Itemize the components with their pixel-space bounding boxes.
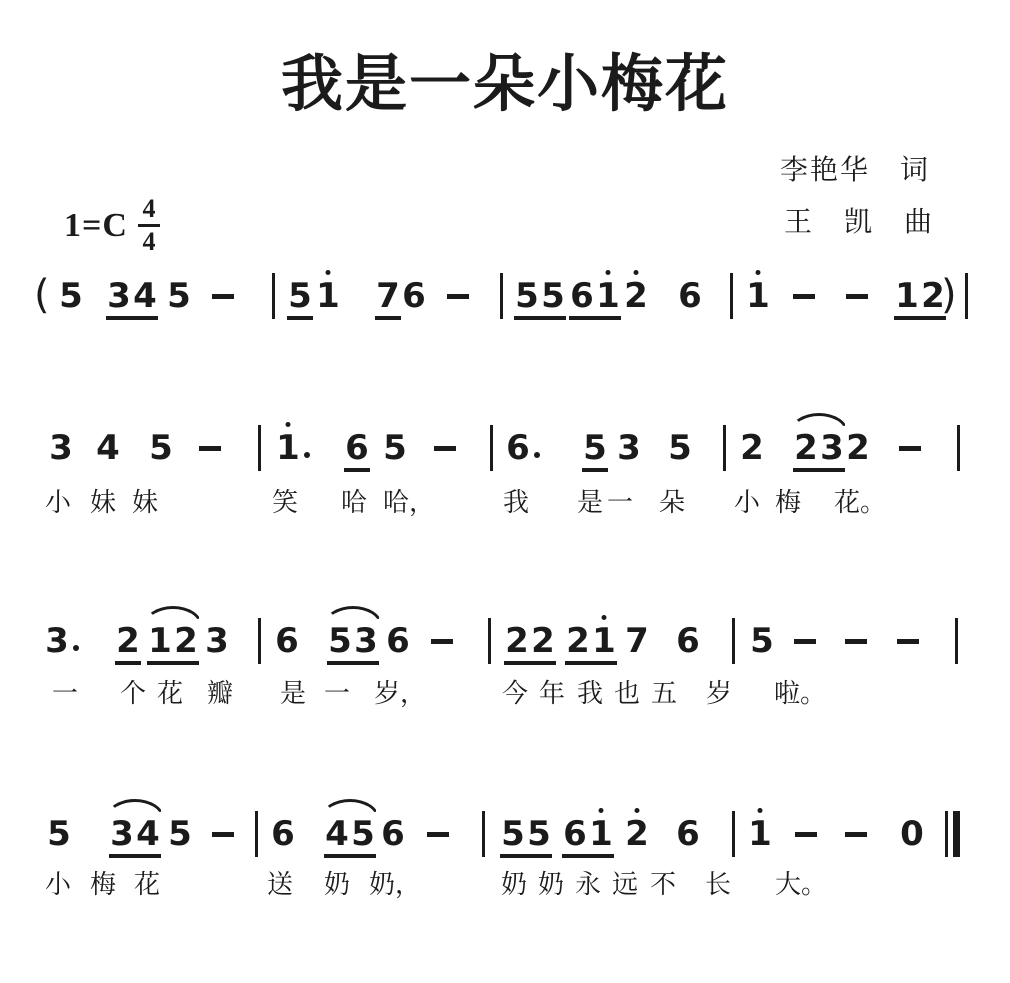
barline bbox=[490, 425, 493, 471]
note: 3 bbox=[48, 430, 74, 466]
note: 1 bbox=[591, 623, 617, 659]
composer-credit: 王 凯 曲 bbox=[784, 200, 934, 240]
lyric-syllable: 岁， bbox=[374, 679, 426, 709]
octave-dot bbox=[758, 808, 763, 813]
note-group: 1 bbox=[315, 278, 341, 314]
lyric-syllable: 我 bbox=[577, 679, 603, 709]
music-line-1: (53455176556126112) bbox=[0, 278, 1010, 324]
note: 1 bbox=[147, 623, 173, 659]
note-group: 22 bbox=[504, 623, 556, 665]
note: 5 bbox=[327, 623, 353, 659]
note: 5 bbox=[350, 816, 376, 852]
note-group: 4 bbox=[95, 430, 121, 466]
lyric-syllable: 送 bbox=[267, 870, 293, 900]
lyric-syllable: 妹 bbox=[132, 488, 158, 518]
note-group: 5 bbox=[166, 278, 192, 314]
barline bbox=[955, 618, 958, 664]
lyric-syllable: 远 bbox=[612, 870, 638, 900]
octave-dot bbox=[756, 270, 761, 275]
note: 2 bbox=[530, 623, 556, 659]
note: 5 bbox=[58, 278, 84, 314]
parenthesis: ( bbox=[34, 275, 50, 315]
note: 2 bbox=[624, 816, 650, 852]
octave-dot bbox=[599, 808, 604, 813]
note-group: 55 bbox=[514, 278, 566, 320]
note: 4 bbox=[135, 816, 161, 852]
lyric-syllable: 奶 bbox=[538, 870, 564, 900]
note-group: 5 bbox=[749, 623, 775, 659]
lyric-syllable: 小 bbox=[45, 870, 71, 900]
duration-dash bbox=[434, 446, 456, 451]
lyric-syllable: 一 bbox=[607, 488, 633, 518]
duration-dash bbox=[212, 832, 234, 837]
note: 1 bbox=[588, 816, 614, 852]
key-text: 1=C bbox=[64, 207, 128, 245]
duration-dash bbox=[845, 639, 867, 644]
lyric-syllable: 一 bbox=[52, 679, 78, 709]
lyric-syllable: 永 bbox=[575, 870, 601, 900]
lyric-syllable: 梅 bbox=[90, 870, 116, 900]
lyric-syllable: 岁 bbox=[706, 679, 732, 709]
note-group: 6 bbox=[380, 816, 406, 852]
note-group: 5 bbox=[287, 278, 313, 320]
note-group: 0 bbox=[899, 816, 925, 852]
lyric-syllable: 妹 bbox=[90, 488, 116, 518]
lyric-syllable: 花 bbox=[157, 679, 183, 709]
note: 6 bbox=[677, 278, 703, 314]
note: 6 bbox=[401, 278, 427, 314]
octave-dot bbox=[606, 270, 611, 275]
note: 6 bbox=[675, 623, 701, 659]
key-signature: 1=C 4 4 bbox=[64, 196, 160, 255]
note-group: 7 bbox=[624, 623, 650, 659]
note-group: 6 bbox=[505, 430, 531, 466]
note-group: 6 bbox=[675, 623, 701, 659]
note: 4 bbox=[132, 278, 158, 314]
lyric-syllable: 五 bbox=[651, 679, 677, 709]
note-group: 6 bbox=[677, 278, 703, 314]
song-title: 我是一朵小梅花 bbox=[0, 34, 1010, 123]
barline bbox=[957, 425, 960, 471]
note-group: 5 bbox=[382, 430, 408, 466]
octave-dot bbox=[635, 808, 640, 813]
lyric-line-2: 一个花瓣是一岁，今年我也五岁啦。 bbox=[0, 679, 1010, 711]
lyric-syllable: 啦。 bbox=[774, 679, 826, 709]
barline bbox=[255, 811, 258, 857]
note: 5 bbox=[526, 816, 552, 852]
barline bbox=[730, 273, 733, 319]
note: 7 bbox=[375, 278, 401, 314]
octave-dot bbox=[286, 422, 291, 427]
lyricist-credit: 李艳华 词 bbox=[780, 148, 930, 188]
barline bbox=[732, 811, 735, 857]
note: 2 bbox=[739, 430, 765, 466]
barline bbox=[500, 273, 503, 319]
note-group: 6 bbox=[675, 816, 701, 852]
barline bbox=[723, 425, 726, 471]
note-group: 3 bbox=[48, 430, 74, 466]
note: 3 bbox=[204, 623, 230, 659]
duration-dash bbox=[846, 294, 868, 299]
octave-dot bbox=[602, 615, 607, 620]
note: 2 bbox=[623, 278, 649, 314]
note: 5 bbox=[667, 430, 693, 466]
duration-dash bbox=[793, 294, 815, 299]
lyric-syllable: 花。 bbox=[834, 488, 886, 518]
lyric-syllable: 是 bbox=[280, 679, 306, 709]
lyric-syllable: 花 bbox=[134, 870, 160, 900]
note: 5 bbox=[287, 278, 313, 314]
lyric-syllable: 哈 bbox=[341, 488, 367, 518]
lyric-syllable: 大。 bbox=[775, 870, 827, 900]
note: 1 bbox=[745, 278, 771, 314]
barline bbox=[258, 618, 261, 664]
note-group: 2 bbox=[845, 430, 871, 466]
augmentation-dot bbox=[73, 645, 79, 651]
note: 2 bbox=[793, 430, 819, 466]
augmentation-dot bbox=[304, 452, 310, 458]
lyric-syllable: 是 bbox=[577, 488, 603, 518]
note: 5 bbox=[540, 278, 566, 314]
note: 3 bbox=[353, 623, 379, 659]
note: 6 bbox=[562, 816, 588, 852]
note: 6 bbox=[380, 816, 406, 852]
note: 4 bbox=[324, 816, 350, 852]
note-group: 23 bbox=[793, 430, 845, 472]
note: 5 bbox=[167, 816, 193, 852]
duration-dash bbox=[795, 832, 817, 837]
parenthesis: ) bbox=[941, 275, 957, 315]
lyric-syllable: 奶 bbox=[501, 870, 527, 900]
note: 0 bbox=[899, 816, 925, 852]
duration-dash bbox=[447, 294, 469, 299]
duration-dash bbox=[431, 639, 453, 644]
note: 4 bbox=[95, 430, 121, 466]
note-group: 61 bbox=[569, 278, 621, 320]
octave-dot bbox=[326, 270, 331, 275]
note: 3 bbox=[616, 430, 642, 466]
lyric-syllable: 今 bbox=[502, 679, 528, 709]
octave-dot bbox=[634, 270, 639, 275]
barline bbox=[732, 618, 735, 664]
lyric-line-1: 小妹妹笑哈哈，我是一朵小梅花。 bbox=[0, 488, 1010, 520]
duration-dash bbox=[212, 294, 234, 299]
note-group: 55 bbox=[500, 816, 552, 858]
barline bbox=[482, 811, 485, 857]
duration-dash bbox=[897, 639, 919, 644]
note-group: 1 bbox=[275, 430, 301, 466]
note: 3 bbox=[819, 430, 845, 466]
sheet-music-page: 我是一朵小梅花 李艳华 词 王 凯 曲 1=C 4 4 (53455176556… bbox=[0, 0, 1010, 983]
note-group: 6 bbox=[274, 623, 300, 659]
augmentation-dot bbox=[534, 452, 540, 458]
lyric-syllable: 笑 bbox=[272, 488, 298, 518]
note: 1 bbox=[747, 816, 773, 852]
note: 3 bbox=[106, 278, 132, 314]
note-group: 34 bbox=[109, 816, 161, 858]
music-line-3: 3212365362221765 bbox=[0, 623, 1010, 669]
duration-dash bbox=[427, 832, 449, 837]
note-group: 5 bbox=[167, 816, 193, 852]
duration-dash bbox=[845, 832, 867, 837]
barline bbox=[488, 618, 491, 664]
note: 1 bbox=[595, 278, 621, 314]
note: 1 bbox=[315, 278, 341, 314]
music-line-4: 5345645655612610 bbox=[0, 816, 1010, 862]
lyric-syllable: 也 bbox=[614, 679, 640, 709]
lyric-syllable: 长 bbox=[705, 870, 731, 900]
note: 2 bbox=[565, 623, 591, 659]
note-group: 5 bbox=[148, 430, 174, 466]
lyric-syllable: 奶 bbox=[324, 870, 350, 900]
note-group: 34 bbox=[106, 278, 158, 320]
note: 1 bbox=[894, 278, 920, 314]
note-group: 1 bbox=[747, 816, 773, 852]
note-group: 45 bbox=[324, 816, 376, 858]
note-group: 3 bbox=[44, 623, 70, 659]
final-barline bbox=[945, 811, 960, 857]
note-group: 5 bbox=[667, 430, 693, 466]
note: 2 bbox=[173, 623, 199, 659]
note-group: 61 bbox=[562, 816, 614, 858]
note: 5 bbox=[166, 278, 192, 314]
note: 5 bbox=[148, 430, 174, 466]
note-group: 12 bbox=[894, 278, 946, 320]
note-group: 2 bbox=[624, 816, 650, 852]
lyric-syllable: 不 bbox=[650, 870, 676, 900]
note: 2 bbox=[845, 430, 871, 466]
note-group: 3 bbox=[616, 430, 642, 466]
note: 5 bbox=[749, 623, 775, 659]
note-group: 2 bbox=[739, 430, 765, 466]
note: 6 bbox=[274, 623, 300, 659]
barline bbox=[272, 273, 275, 319]
note-group: 2 bbox=[623, 278, 649, 314]
note-group: 6 bbox=[344, 430, 370, 472]
lyric-syllable: 年 bbox=[539, 679, 565, 709]
note: 6 bbox=[270, 816, 296, 852]
lyric-syllable: 我 bbox=[503, 488, 529, 518]
note-group: 7 bbox=[375, 278, 401, 320]
lyric-syllable: 个 bbox=[120, 679, 146, 709]
meter-denominator: 4 bbox=[142, 229, 155, 255]
note-group: 53 bbox=[327, 623, 379, 665]
note: 1 bbox=[275, 430, 301, 466]
note-group: 1 bbox=[745, 278, 771, 314]
lyric-syllable: 小 bbox=[734, 488, 760, 518]
lyric-syllable: 朵 bbox=[659, 488, 685, 518]
lyric-syllable: 瓣 bbox=[207, 679, 233, 709]
note-group: 2 bbox=[115, 623, 141, 665]
note-group: 6 bbox=[270, 816, 296, 852]
note: 5 bbox=[514, 278, 540, 314]
lyric-syllable: 小 bbox=[45, 488, 71, 518]
note: 6 bbox=[505, 430, 531, 466]
lyric-syllable: 哈， bbox=[383, 488, 435, 518]
note: 2 bbox=[115, 623, 141, 659]
duration-dash bbox=[899, 446, 921, 451]
note: 6 bbox=[385, 623, 411, 659]
note: 6 bbox=[344, 430, 370, 466]
note: 5 bbox=[500, 816, 526, 852]
lyric-syllable: 一 bbox=[324, 679, 350, 709]
time-signature: 4 4 bbox=[138, 196, 160, 255]
note: 5 bbox=[382, 430, 408, 466]
note-group: 6 bbox=[401, 278, 427, 314]
note-group: 12 bbox=[147, 623, 199, 665]
note: 2 bbox=[504, 623, 530, 659]
note-group: 6 bbox=[385, 623, 411, 659]
meter-numerator: 4 bbox=[142, 196, 155, 222]
note-group: 21 bbox=[565, 623, 617, 665]
note: 3 bbox=[44, 623, 70, 659]
note: 6 bbox=[675, 816, 701, 852]
note: 5 bbox=[46, 816, 72, 852]
barline bbox=[965, 273, 968, 319]
lyric-syllable: 奶， bbox=[369, 870, 421, 900]
note-group: 5 bbox=[58, 278, 84, 314]
lyric-syllable: 梅 bbox=[775, 488, 801, 518]
note-group: 5 bbox=[582, 430, 608, 472]
note: 7 bbox=[624, 623, 650, 659]
music-line-2: 34516565352232 bbox=[0, 430, 1010, 476]
note: 5 bbox=[582, 430, 608, 466]
note-group: 3 bbox=[204, 623, 230, 659]
note-group: 5 bbox=[46, 816, 72, 852]
duration-dash bbox=[794, 639, 816, 644]
note: 3 bbox=[109, 816, 135, 852]
duration-dash bbox=[199, 446, 221, 451]
note: 6 bbox=[569, 278, 595, 314]
lyric-line-3: 小梅花送奶奶，奶奶永远不长大。 bbox=[0, 870, 1010, 902]
barline bbox=[258, 425, 261, 471]
